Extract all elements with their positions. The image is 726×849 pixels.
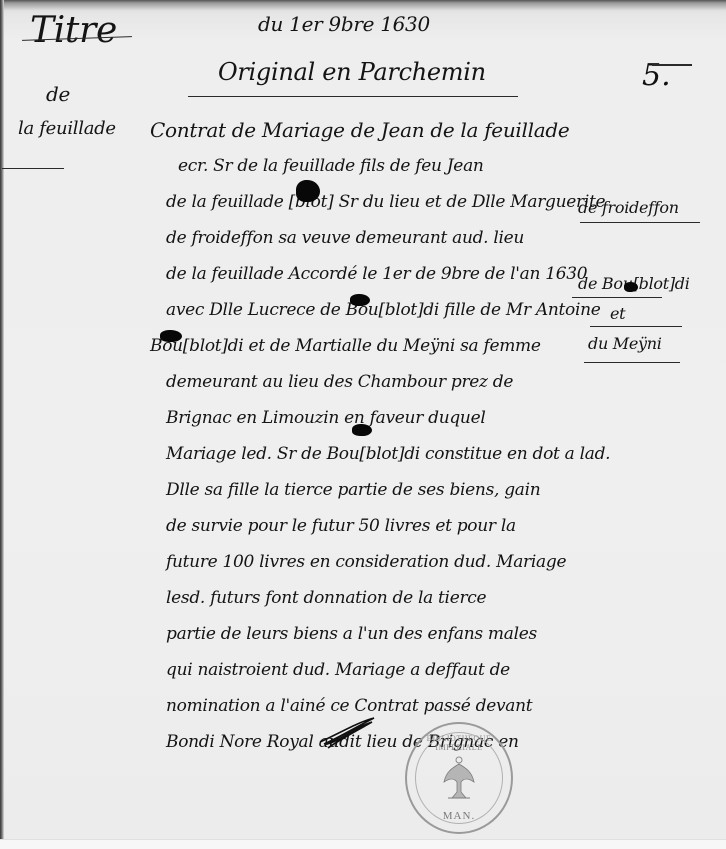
ink-blot (624, 282, 638, 292)
body-line-14: lesd. futurs font donnation de la tierce (166, 588, 486, 608)
body-line-5: de la feuillade Accordé le 1er de 9bre d… (166, 264, 587, 284)
body-line-9: Brignac en Limouzin en faveur duquel (166, 408, 485, 428)
header-underline (188, 96, 518, 97)
imperial-eagle-icon (440, 754, 478, 802)
body-line-2: ecr. Sr de la feuillade fils de feu Jean (178, 156, 484, 176)
margin-line-1: de (46, 82, 70, 106)
page-number-stroke (652, 64, 692, 66)
page-bottom-strip (0, 839, 726, 849)
body-line-12: de survie pour le futur 50 livres et pou… (166, 516, 516, 536)
header-subtitle: Original en Parchemin (218, 58, 486, 86)
margin-line-2: la feuillade (18, 118, 116, 139)
right-margin-note-4: du Meÿni (588, 334, 662, 353)
right-margin-note-3: et (610, 304, 625, 323)
body-line-11: Dlle sa fille la tierce partie de ses bi… (166, 480, 540, 500)
library-stamp: BIBLIOTHEQUE IMPERIALE MAN. (405, 722, 513, 834)
margin-rule (2, 168, 64, 169)
body-line-17: nomination a l'ainé ce Contrat passé dev… (166, 696, 532, 716)
right-margin-underline-2 (572, 297, 662, 298)
ink-blot (160, 330, 182, 342)
manuscript-page: Titre de la feuillade du 1er 9bre 1630 O… (0, 0, 726, 849)
body-line-7: Bou[blot]di et de Martialle du Meÿni sa … (150, 336, 541, 356)
ink-blot (350, 294, 370, 306)
body-line-1: Contrat de Mariage de Jean de la feuilla… (150, 118, 569, 142)
right-margin-underline-3 (590, 326, 682, 327)
page-top-edge (0, 0, 726, 10)
right-margin-note-1: de froideffon (578, 198, 679, 217)
body-line-16: qui naistroient dud. Mariage a deffaut d… (166, 660, 510, 680)
paraph-signature-icon (318, 714, 378, 754)
body-line-8: demeurant au lieu des Chambour prez de (166, 372, 513, 392)
stamp-bottom-text: MAN. (407, 810, 511, 822)
body-line-4: de froideffon sa veuve demeurant aud. li… (166, 228, 524, 248)
body-line-15: partie de leurs biens a l'un des enfans … (166, 624, 537, 644)
right-margin-underline-1 (580, 222, 700, 223)
ink-blot (352, 424, 372, 436)
header-date: du 1er 9bre 1630 (258, 12, 430, 36)
margin-title: Titre (30, 10, 117, 51)
body-line-6: avec Dlle Lucrece de Bou[blot]di fille d… (166, 300, 601, 320)
ink-blot (296, 180, 320, 202)
body-line-10: Mariage led. Sr de Bou[blot]di constitue… (166, 444, 610, 464)
right-margin-underline-4 (584, 362, 680, 363)
stamp-top-text: BIBLIOTHEQUE IMPERIALE (417, 734, 501, 752)
body-line-3: de la feuillade [blot] Sr du lieu et de … (166, 192, 605, 212)
page-left-edge (0, 0, 4, 849)
body-line-13: future 100 livres en consideration dud. … (166, 552, 566, 572)
